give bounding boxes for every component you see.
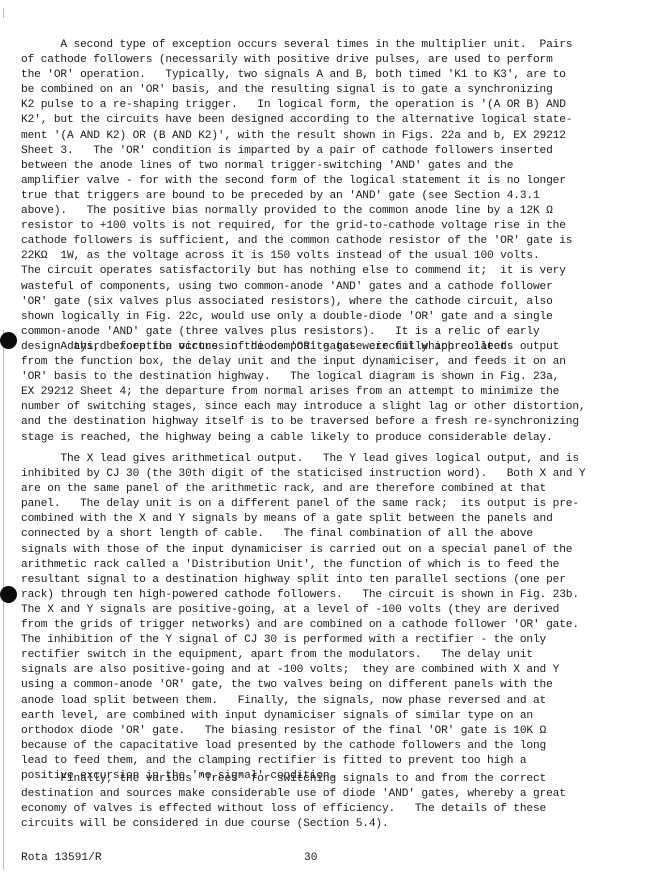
text-line: 'OR' basis to the destination highway. T… — [21, 370, 639, 385]
text-line: of cathode followers (necessarily with p… — [21, 53, 639, 68]
text-line: The circuit operates satisfactorily but … — [21, 264, 639, 279]
text-line: earth level, are combined with input dyn… — [21, 709, 639, 724]
text-line: signals are also positive-going and at -… — [21, 663, 639, 678]
punch-hole-mark — [0, 586, 17, 603]
text-line: K2 pulse to a re-shaping trigger. In log… — [21, 98, 639, 113]
text-line: destination and sources make considerabl… — [21, 787, 639, 802]
text-line: 22KΩ 1W, as the voltage across it is 150… — [21, 249, 639, 264]
text-line: number of switching stages, since each m… — [21, 400, 639, 415]
text-line: The X lead gives arithmetical output. Th… — [21, 452, 639, 467]
text-line: stage is reached, the highway being a ca… — [21, 431, 639, 446]
text-line: A second type of exception occurs severa… — [21, 38, 639, 53]
text-line: Sheet 3. The 'OR' condition is imparted … — [21, 144, 639, 159]
text-line: wasteful of components, using two common… — [21, 280, 639, 295]
paragraph-second-exception: A second type of exception occurs severa… — [21, 38, 639, 355]
text-line: panel. The delay unit is on a different … — [21, 497, 639, 512]
text-line: connected by a short length of cable. Th… — [21, 527, 639, 542]
text-line: above). The positive bias normally provi… — [21, 204, 639, 219]
text-line: orthodox diode 'OR' gate. The biasing re… — [21, 724, 639, 739]
text-line: amplifier valve - for with the second fo… — [21, 174, 639, 189]
footer-page-number: 30 — [304, 852, 317, 864]
text-line: and the destination highway itself is to… — [21, 415, 639, 430]
paragraph-third-exception: A third exception occurs in the composit… — [21, 340, 639, 446]
text-line: resultant signal to a destination highwa… — [21, 573, 639, 588]
text-line: shown logically in Fig. 22c, would use o… — [21, 310, 639, 325]
text-line: rack) through ten high-powered cathode f… — [21, 588, 639, 603]
text-line: between the anode lines of two normal tr… — [21, 159, 639, 174]
scan-edge-mark — [3, 8, 4, 18]
text-line: rectifier switch in the equipment, apart… — [21, 648, 639, 663]
text-line: Finally, the various 'Trees' for switchi… — [21, 772, 639, 787]
text-line: K2', but the circuits have been designed… — [21, 113, 639, 128]
text-line: signals with those of the input dynamici… — [21, 543, 639, 558]
text-line: cathode followers is sufficient, and the… — [21, 234, 639, 249]
footer-reference: Rota 13591/R — [21, 852, 102, 864]
text-line: lead to feed them, and the clamping rect… — [21, 754, 639, 769]
text-line: be combined on an 'OR' basis, and the re… — [21, 83, 639, 98]
text-line: resistor to +100 volts is not required, … — [21, 219, 639, 234]
text-line: A third exception occurs in the composit… — [21, 340, 639, 355]
text-line: The X and Y signals are positive-going, … — [21, 603, 639, 618]
text-line: using a common-anode 'OR' gate, the two … — [21, 678, 639, 693]
text-line: because of the capacitative load present… — [21, 739, 639, 754]
text-line: The inhibition of the Y signal of CJ 30 … — [21, 633, 639, 648]
text-line: ment '(A AND K2) OR (B AND K2)', with th… — [21, 129, 639, 144]
document-page: A second type of exception occurs severa… — [0, 0, 650, 874]
text-line: anode load split between them. Finally, … — [21, 694, 639, 709]
text-line: are on the same panel of the arithmetic … — [21, 482, 639, 497]
text-line: circuits will be considered in due cours… — [21, 817, 639, 832]
text-line: arithmetic rack called a 'Distribution U… — [21, 558, 639, 573]
text-line: combined with the X and Y signals by mea… — [21, 512, 639, 527]
text-line: 'OR' gate (six valves plus associated re… — [21, 295, 639, 310]
paragraph-x-y-leads: The X lead gives arithmetical output. Th… — [21, 452, 639, 784]
text-line: from the function box, the delay unit an… — [21, 355, 639, 370]
text-line: EX 29212 Sheet 4; the departure from nor… — [21, 385, 639, 400]
punch-hole-mark — [0, 332, 17, 349]
text-line: inhibited by CJ 30 (the 30th digit of th… — [21, 467, 639, 482]
text-line: common-anode 'AND' gate (three valves pl… — [21, 325, 639, 340]
text-line: from the grids of trigger networks) and … — [21, 618, 639, 633]
paragraph-trees: Finally, the various 'Trees' for switchi… — [21, 772, 639, 832]
text-line: true that triggers are bound to be prece… — [21, 189, 639, 204]
text-line: the 'OR' operation. Typically, two signa… — [21, 68, 639, 83]
text-line: economy of valves is effected without lo… — [21, 802, 639, 817]
